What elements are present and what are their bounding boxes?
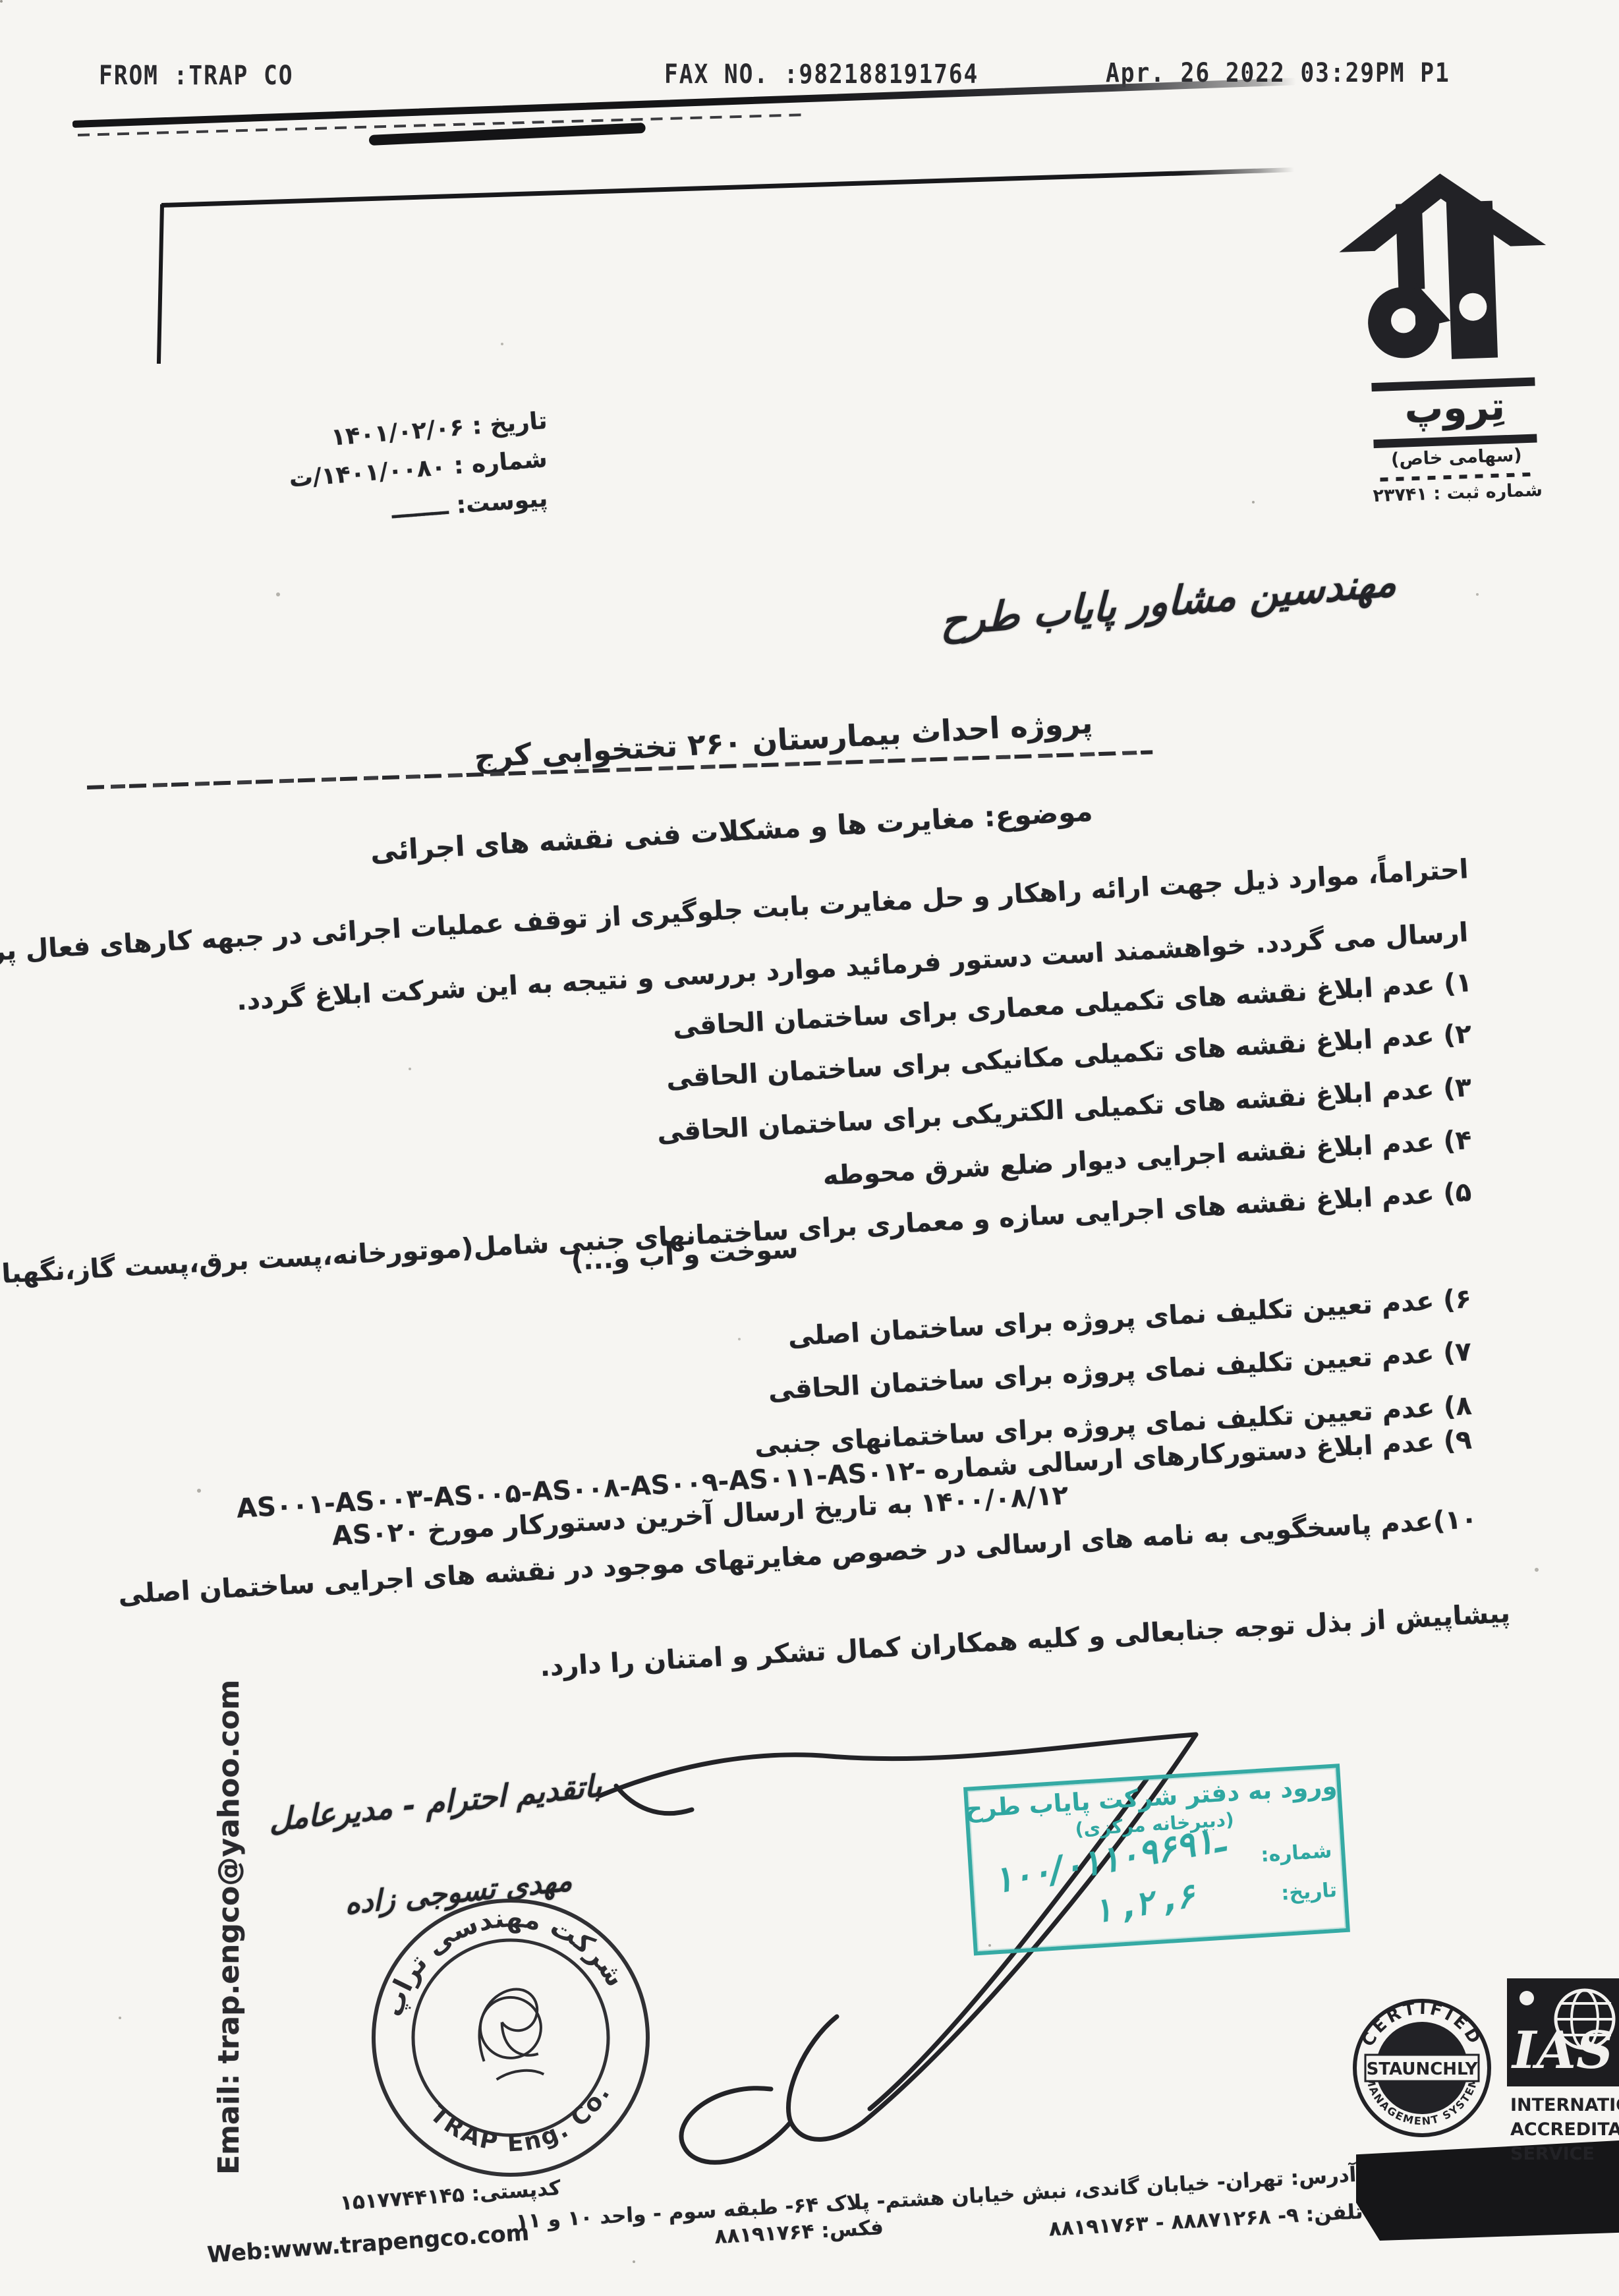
- page-border-left: [157, 204, 164, 364]
- trap-house-icon: [1338, 165, 1549, 383]
- entry-stamp: ورود به دفتر شرکت پایاب طرح (دبیرخانه مر…: [963, 1764, 1350, 1955]
- recipient-company-handwriting: مهندسین مشاور پایاب طرح: [940, 559, 1397, 645]
- trap-logo: تِروپ (سهامی خاص) شماره ثبت : ۲۳۷۴۱: [1338, 164, 1562, 385]
- fax-header-number: FAX NO. :982188191764: [664, 59, 979, 90]
- signature-salutation: باتقدیم احترام - مدیرعامل: [269, 1767, 602, 1838]
- logo-dotted-rule: [1380, 473, 1535, 482]
- footer-phone: تلفن: ۹- ۸۸۸۷۱۲۶۸ - ۸۸۱۹۱۷۶۳: [1048, 2200, 1363, 2241]
- email-sidebar: Email: trap.engco@yahoo.com: [212, 1680, 246, 2175]
- list-item-4: ۴) عدم ابلاغ نقشه اجرایی دیوار ضلع شرق م…: [822, 1125, 1473, 1191]
- entry-stamp-date-handwritten: ۱ ,۲ ,۶: [1091, 1876, 1197, 1931]
- ias-caption-line3: SERVICE: [1510, 2142, 1619, 2166]
- ias-caption-line2: ACCREDITATION: [1510, 2117, 1619, 2142]
- logo-registration-number: شماره ثبت : ۲۳۷۴۱: [1349, 479, 1567, 507]
- as-order-last-date: ۱۴۰۰/۰۸/۱۲: [920, 1480, 1069, 1518]
- fax-header-from: FROM :TRAP CO: [99, 61, 293, 91]
- closing-line: پیشاپیش از بذل توجه جنابعالی و کلیه همکا…: [539, 1598, 1511, 1682]
- ias-caption-line1: INTERNATIONAL: [1510, 2093, 1619, 2117]
- ias-globe-icon: IAS: [1507, 1978, 1619, 2086]
- certified-seal-band-text: STAUNCHLY: [1367, 2059, 1479, 2079]
- page-border-top: [161, 167, 1294, 208]
- letter-subject: موضوع: مغایرت ها و مشکلات فنی نقشه های ا…: [370, 795, 1094, 867]
- letter-attachment: پیوست: ـــــــ: [390, 485, 548, 524]
- ias-caption: INTERNATIONAL ACCREDITATION SERVICE: [1510, 2093, 1619, 2166]
- scan-noise: [0, 0, 3, 3]
- letter-number: شماره : ۱۴۰۱/۰۰۸۰/ت: [288, 445, 548, 493]
- company-stamp-emblem: [473, 1986, 548, 2082]
- ias-logo: IAS: [1507, 1978, 1619, 2086]
- entry-stamp-date-label: تاریخ:: [1280, 1879, 1338, 1905]
- footer-website: Web:www.trapengco.com: [207, 2220, 530, 2268]
- letter-date: تاریخ : ۱۴۰۱/۰۲/۰۶: [330, 407, 548, 451]
- fax-page: FROM :TRAP CO FAX NO. :982188191764 Apr.…: [0, 0, 1619, 2296]
- certified-seal: CERTIFIED MANAGEMENT SYSTEM STAUNCHLY: [1351, 1997, 1493, 2139]
- ias-acronym: IAS: [1511, 2021, 1613, 2081]
- as-order-as020: AS۰۲۰: [331, 1516, 420, 1551]
- logo-wordmark: تِروپ: [1346, 382, 1564, 434]
- entry-stamp-number-label: شماره:: [1260, 1839, 1332, 1867]
